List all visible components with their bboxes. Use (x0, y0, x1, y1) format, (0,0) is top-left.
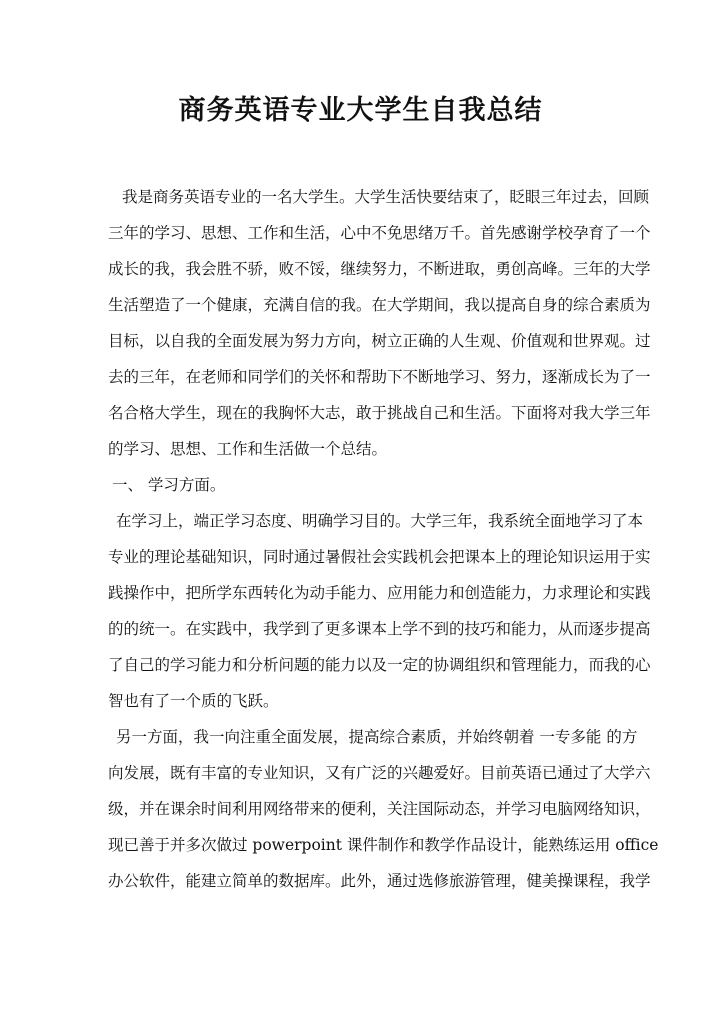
text-line: 的学习、思想、工作和生活做一个总结。 (108, 437, 614, 461)
text-line: 践操作中，把所学东西转化为动手能力、应用能力和创造能力，力求理论和实践 (108, 581, 614, 605)
text-line: 在学习上，端正学习态度、明确学习目的。大学三年，我系统全面地学习了本 (116, 509, 614, 533)
text-line: 我是商务英语专业的一名大学生。大学生活快要结束了，眨眼三年过去，回顾 (122, 185, 614, 209)
text-line: 三年的学习、思想、工作和生活，心中不免思绪万千。首先感谢学校孕育了一个 (108, 221, 614, 245)
text-line: 去的三年，在老师和同学们的关怀和帮助下不断地学习、努力，逐渐成长为了一 (108, 365, 614, 389)
document-page: 商务英语专业大学生自我总结 我是商务英语专业的一名大学生。大学生活快要结束了，眨… (0, 0, 721, 1020)
text-line: 目标，以自我的全面发展为努力方向，树立正确的人生观、价值观和世界观。过 (108, 329, 614, 353)
text-line: 级，并在课余时间利用网络带来的便利，关注国际动态，并学习电脑网络知识， (108, 797, 614, 821)
text-line: 智也有了一个质的飞跃。 (108, 689, 614, 713)
text-line: 现已善于并多次做过 powerpoint 课件制作和教学作品设计，能熟练运用 o… (108, 833, 614, 857)
text-line: 另一方面，我一向注重全面发展，提高综合素质，并始终朝着 一专多能 的方 (116, 725, 614, 749)
text-line: 一、 学习方面。 (112, 473, 618, 497)
document-title: 商务英语专业大学生自我总结 (0, 88, 721, 127)
text-line: 向发展，既有丰富的专业知识，又有广泛的兴趣爱好。目前英语已通过了大学六 (108, 761, 614, 785)
text-line: 了自己的学习能力和分析问题的能力以及一定的协调组织和管理能力，而我的心 (108, 653, 614, 677)
text-line: 办公软件，能建立简单的数据库。此外，通过选修旅游管理，健美操课程，我学 (108, 869, 614, 893)
text-line: 名合格大学生，现在的我胸怀大志，敢于挑战自己和生活。下面将对我大学三年 (108, 401, 614, 425)
text-line: 专业的理论基础知识，同时通过暑假社会实践机会把课本上的理论知识运用于实 (108, 545, 614, 569)
text-line: 生活塑造了一个健康，充满自信的我。在大学期间，我以提高自身的综合素质为 (108, 293, 614, 317)
text-line: 成长的我，我会胜不骄，败不馁，继续努力，不断进取，勇创高峰。三年的大学 (108, 257, 614, 281)
text-line: 的的统一。在实践中，我学到了更多课本上学不到的技巧和能力，从而逐步提高 (108, 617, 614, 641)
